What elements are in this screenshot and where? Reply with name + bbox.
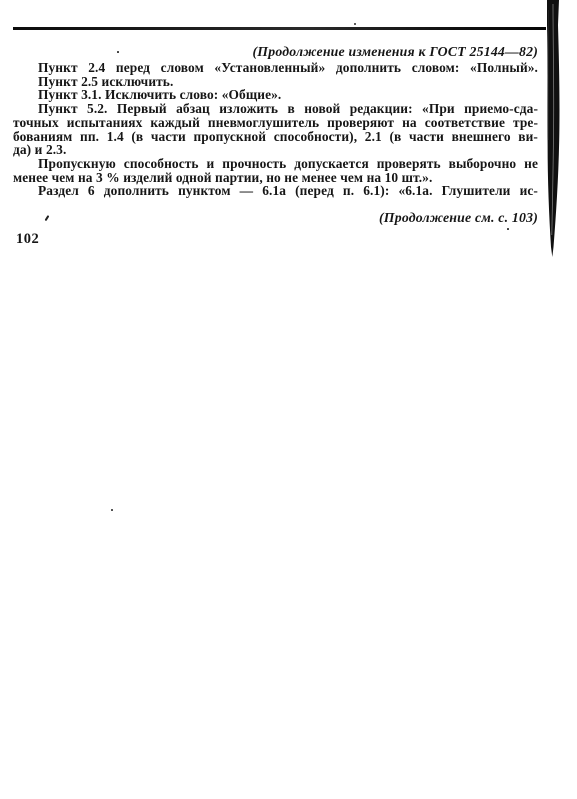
text-line: Пункт 5.2. Первый абзац изложить в новой… bbox=[13, 102, 538, 116]
text-line: Пункт 3.1. Исключить слово: «Общие». bbox=[13, 88, 538, 102]
text-line: бованиям пп. 1.4 (в части пропускной спо… bbox=[13, 130, 538, 144]
binding-ink-artifact bbox=[543, 0, 561, 260]
text-line: Пункт 2.5 исключить. bbox=[13, 75, 538, 89]
text-line: Раздел 6 дополнить пунктом — 6.1а (перед… bbox=[13, 184, 538, 198]
document-page: (Продолжение изменения к ГОСТ 25144—82) … bbox=[0, 0, 577, 799]
page-divider-rule bbox=[13, 27, 546, 30]
body-text: Пункт 2.4 перед словом «Установленный» д… bbox=[13, 61, 538, 198]
text-line: Пропускную способность и прочность допус… bbox=[13, 157, 538, 171]
scan-speck bbox=[507, 228, 509, 230]
text-line: точных испытаниях каждый пневмоглушитель… bbox=[13, 116, 538, 130]
scan-speck bbox=[111, 509, 113, 511]
continuation-header-note: (Продолжение изменения к ГОСТ 25144—82) bbox=[253, 44, 538, 60]
text-line: да) и 2.3. bbox=[13, 143, 538, 157]
scan-speck bbox=[117, 51, 119, 53]
scan-speck bbox=[354, 23, 356, 25]
page-number: 102 bbox=[16, 231, 39, 248]
text-line: Пункт 2.4 перед словом «Установленный» д… bbox=[13, 61, 538, 75]
continuation-footer-note: (Продолжение см. с. 103) bbox=[379, 210, 538, 226]
text-line: менее чем на 3 % изделий одной партии, н… bbox=[13, 171, 538, 185]
scan-tick-artifact bbox=[45, 215, 50, 221]
